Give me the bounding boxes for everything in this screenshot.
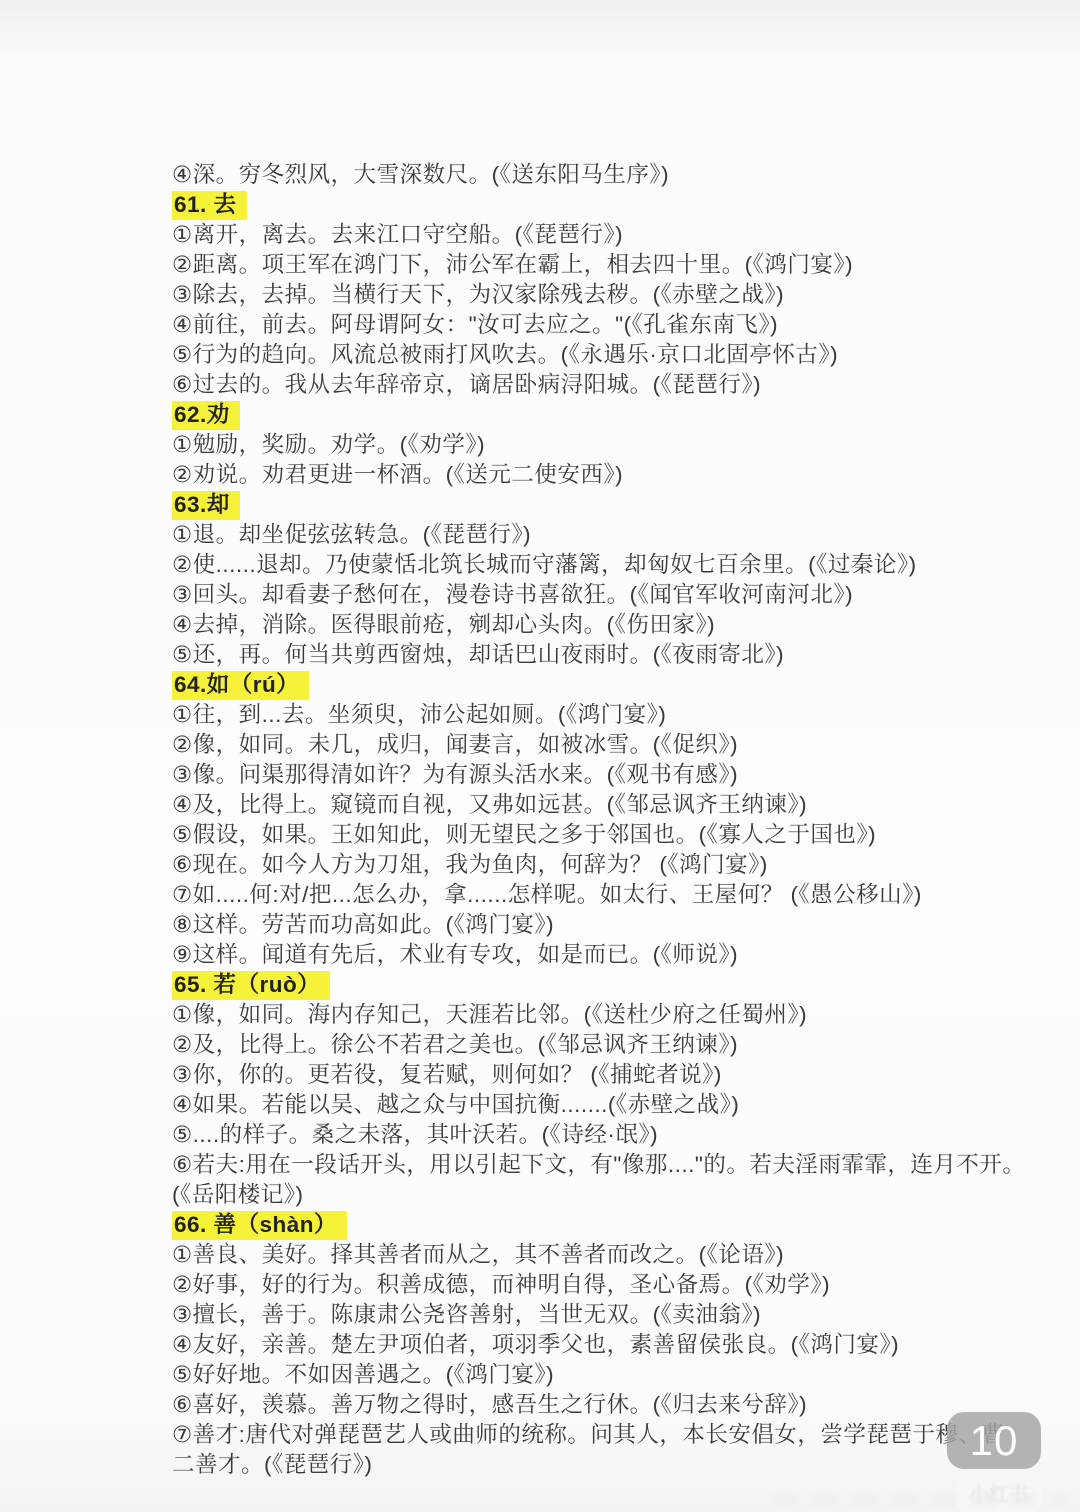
section-header: 66. 善（shàn） — [172, 1210, 1027, 1240]
section-title: 63.却 — [172, 491, 240, 520]
entry-line: ②及，比得上。徐公不若君之美也。(《邹忌讽齐王纳谏》) — [172, 1030, 1027, 1060]
entry-line: ③回头。却看妻子愁何在，漫卷诗书喜欲狂。(《闻官军收河南河北》) — [172, 580, 1027, 610]
faint-watermark-smudge — [770, 1494, 1070, 1506]
entry-line: ⑥过去的。我从去年辞帝京，谪居卧病浔阳城。(《琵琶行》) — [172, 370, 1027, 400]
entry-line: ⑤好好地。不如因善遇之。(《鸿门宴》) — [172, 1360, 1027, 1390]
entry-line: ④及，比得上。窥镜而自视，又弗如远甚。(《邹忌讽齐王纳谏》) — [172, 790, 1027, 820]
entry-line: ③擅长，善于。陈康肃公尧咨善射，当世无双。(《卖油翁》) — [172, 1300, 1027, 1330]
entry-line: ⑤....的样子。桑之未落，其叶沃若。(《诗经·氓》) — [172, 1120, 1027, 1150]
page-number: 10 — [970, 1417, 1019, 1465]
entry-line: ⑤还，再。何当共剪西窗烛，却话巴山夜雨时。(《夜雨寄北》) — [172, 640, 1027, 670]
entry-line: ④去掉，消除。医得眼前疮，剜却心头肉。(《伤田家》) — [172, 610, 1027, 640]
entry-line: ①离开，离去。去来江口守空船。(《琵琶行》) — [172, 220, 1027, 250]
entry-line: ⑦善才:唐代对弹琵琶艺人或曲师的统称。问其人，本长安倡女，尝学琵琶于穆、曹二善才… — [172, 1420, 1027, 1480]
entry-line: ①退。却坐促弦弦转急。(《琵琶行》) — [172, 520, 1027, 550]
entry-line: ②使......退却。乃使蒙恬北筑长城而守藩篱，却匈奴七百余里。(《过秦论》) — [172, 550, 1027, 580]
section-header: 61. 去 — [172, 190, 1027, 220]
entry-line: ⑥喜好，羡慕。善万物之得时，感吾生之行休。(《归去来兮辞》) — [172, 1390, 1027, 1420]
entry-line: ①往，到...去。坐须臾，沛公起如厕。(《鸿门宴》) — [172, 700, 1027, 730]
entry-line: ②劝说。劝君更进一杯酒。(《送元二使安西》) — [172, 460, 1027, 490]
entry-line: ⑤假设，如果。王如知此，则无望民之多于邻国也。(《寡人之于国也》) — [172, 820, 1027, 850]
entry-line: ④友好，亲善。楚左尹项伯者，项羽季父也，素善留侯张良。(《鸿门宴》) — [172, 1330, 1027, 1360]
entry-line: ①善良、美好。择其善者而从之，其不善者而改之。(《论语》) — [172, 1240, 1027, 1270]
document-content: ④深。穷冬烈风，大雪深数尺。(《送东阳马生序》)61. 去①离开，离去。去来江口… — [172, 160, 1027, 1480]
section-header: 65. 若（ruò） — [172, 970, 1027, 1000]
section-header: 63.却 — [172, 490, 1027, 520]
entry-line: ⑥若夫:用在一段话开头，用以引起下文，有"像那...."的。若夫淫雨霏霏，连月不… — [172, 1150, 1027, 1210]
entry-line: ③除去，去掉。当横行天下，为汉家除残去秽。(《赤壁之战》) — [172, 280, 1027, 310]
entry-line: ②好事，好的行为。积善成德，而神明自得，圣心备焉。(《劝学》) — [172, 1270, 1027, 1300]
section-title: 66. 善（shàn） — [172, 1211, 347, 1240]
entry-line: ③你，你的。更若役，复若赋，则何如？ (《捕蛇者说》) — [172, 1060, 1027, 1090]
section-title: 65. 若（ruò） — [172, 971, 330, 1000]
entry-line: ④深。穷冬烈风，大雪深数尺。(《送东阳马生序》) — [172, 160, 1027, 190]
entry-line: ②像，如同。未几，成归，闻妻言，如被冰雪。(《促织》) — [172, 730, 1027, 760]
entry-line: ②距离。项王军在鸿门下，沛公军在霸上，相去四十里。(《鸿门宴》) — [172, 250, 1027, 280]
entry-line: ③像。问渠那得清如许？为有源头活水来。(《观书有感》) — [172, 760, 1027, 790]
entry-line: ⑤行为的趋向。风流总被雨打风吹去。(《永遇乐·京口北固亭怀古》) — [172, 340, 1027, 370]
entry-line: ④如果。若能以吴、越之众与中国抗衡.......(《赤壁之战》) — [172, 1090, 1027, 1120]
section-title: 61. 去 — [172, 191, 247, 220]
entry-line: ④前往，前去。阿母谓阿女："汝可去应之。"(《孔雀东南飞》) — [172, 310, 1027, 340]
entry-line: ⑨这样。闻道有先后，术业有专攻，如是而已。(《师说》) — [172, 940, 1027, 970]
section-title: 62.劝 — [172, 401, 240, 430]
section-header: 64.如（rú） — [172, 670, 1027, 700]
section-title: 64.如（rú） — [172, 671, 309, 700]
entry-line: ⑥现在。如今人方为刀俎，我为鱼肉，何辞为？ (《鸿门宴》) — [172, 850, 1027, 880]
entry-line: ①像，如同。海内存知己，天涯若比邻。(《送杜少府之任蜀州》) — [172, 1000, 1027, 1030]
document-page: ④深。穷冬烈风，大雪深数尺。(《送东阳马生序》)61. 去①离开，离去。去来江口… — [0, 0, 1080, 1512]
section-header: 62.劝 — [172, 400, 1027, 430]
entry-line: ⑧这样。劳苦而功高如此。(《鸿门宴》) — [172, 910, 1027, 940]
page-number-badge: 10 — [947, 1412, 1041, 1469]
entry-line: ①勉励，奖励。劝学。(《劝学》) — [172, 430, 1027, 460]
entry-line: ⑦如.....何:对/把...怎么办，拿......怎样呢。如太行、王屋何？ (… — [172, 880, 1027, 910]
